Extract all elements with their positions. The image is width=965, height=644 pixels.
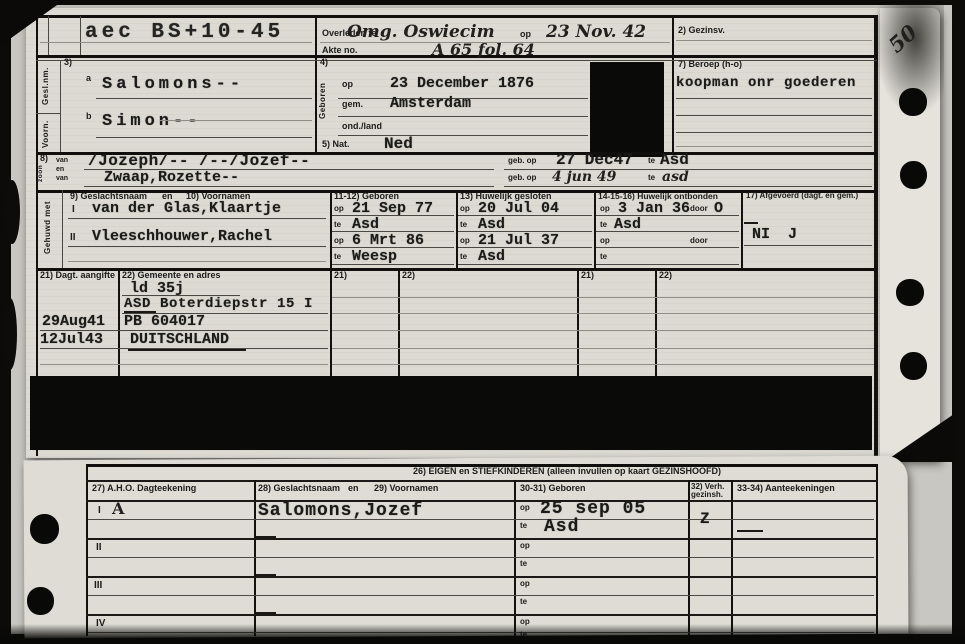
pen-dash xyxy=(256,536,276,538)
punch-hole xyxy=(900,161,927,189)
parents-van2-label: van xyxy=(56,175,68,183)
op-label: op xyxy=(334,205,344,214)
reg-address-2: ASD Boterdiepstr 15 I xyxy=(124,297,313,311)
rule xyxy=(86,576,878,578)
te-label: te xyxy=(600,221,607,230)
rule xyxy=(62,190,63,268)
beroep-value: koopman onr goederen xyxy=(676,76,856,90)
rule xyxy=(86,464,88,636)
birth-ondland-label: ond./land xyxy=(342,122,382,132)
rule xyxy=(330,190,332,268)
marriage-row-numeral: II xyxy=(70,232,76,243)
rule xyxy=(676,40,872,41)
te-label: te xyxy=(520,631,527,640)
reg-address-4: DUITSCHLAND xyxy=(130,332,229,347)
divorce1-date: 3 Jan 36 xyxy=(618,201,690,216)
father-gebop-label: geb. op xyxy=(508,157,536,166)
child-row-numeral: II xyxy=(96,542,102,553)
children-header-aant: 33-34) Aanteekeningen xyxy=(737,484,835,494)
rule xyxy=(86,614,878,616)
punch-hole xyxy=(27,587,54,615)
rule xyxy=(676,146,872,147)
marriage2-date: 21 Jul 37 xyxy=(478,233,559,248)
rule xyxy=(86,480,878,482)
children-header-geboren: 30-31) Geboren xyxy=(520,484,586,494)
pen-dash xyxy=(744,222,758,224)
rule xyxy=(48,16,49,56)
rule xyxy=(332,330,874,331)
underline-duitschland xyxy=(128,349,246,351)
rule xyxy=(338,116,588,117)
reg-date-4: 12Jul43 xyxy=(40,332,103,347)
reg-header-22b: 22) xyxy=(402,271,415,281)
rule xyxy=(676,132,872,133)
akte-value-handwritten: A 65 fol. 64 xyxy=(432,42,535,58)
rule xyxy=(84,186,494,187)
voorn-vertical-label: Voorn. xyxy=(41,117,50,151)
op-label: op xyxy=(600,237,610,246)
door-label: door xyxy=(690,205,708,214)
gehuwd-met-vertical-label: Gehuwd met xyxy=(43,194,52,260)
reg-address-3: PB 604017 xyxy=(124,314,205,329)
reg-header-dagt: 21) Dagt. aangifte xyxy=(40,271,115,281)
rule xyxy=(332,348,874,349)
rule xyxy=(577,268,579,376)
door-label: door xyxy=(690,237,708,246)
rule xyxy=(36,60,877,61)
father-birthplace-value: Asd xyxy=(660,152,689,168)
rule xyxy=(594,190,596,268)
rule xyxy=(88,595,874,596)
rule xyxy=(40,348,328,349)
divorce1-door: O xyxy=(714,201,723,216)
rule xyxy=(60,60,61,152)
te-label: te xyxy=(600,253,607,262)
child-birthplace-value: Asd xyxy=(544,518,579,536)
rule xyxy=(676,115,872,116)
surname-a-label: a xyxy=(86,74,91,84)
rule xyxy=(118,268,120,376)
rule xyxy=(655,268,657,376)
surname-value: Salomons-- xyxy=(102,76,244,93)
parents-en-label: en xyxy=(56,166,64,174)
op-label: op xyxy=(460,237,470,246)
birth-date-value: 23 December 1876 xyxy=(390,76,534,91)
marriage1-date: 20 Jul 04 xyxy=(478,201,559,216)
rule xyxy=(672,16,674,152)
punch-hole xyxy=(30,514,59,544)
punch-hole xyxy=(896,279,924,306)
reg-header-21b: 21) xyxy=(334,271,347,281)
firstname-value: Simon-- xyxy=(102,113,201,130)
archive-stamp: aec BS+10-45 xyxy=(85,22,284,43)
children-header-aho: 27) A.H.O. Dagteekening xyxy=(92,484,196,494)
te-label: te xyxy=(460,221,467,230)
rule xyxy=(332,264,454,265)
children-header-verh2: gezinsh. xyxy=(691,491,723,500)
te-label: te xyxy=(520,560,527,569)
rule xyxy=(88,557,874,558)
spouse2-birthdate: 6 Mrt 86 xyxy=(352,233,424,248)
te-label: te xyxy=(334,221,341,230)
rule xyxy=(315,16,317,152)
afgevoerd-value: NI J xyxy=(752,227,797,242)
rule xyxy=(676,98,872,99)
right-margin-strip xyxy=(880,8,940,460)
op-label: op xyxy=(520,504,530,513)
children-title: 26) EIGEN en STIEFKINDEREN (alleen invul… xyxy=(86,467,878,477)
gezinsv-label: 2) Gezinsv. xyxy=(678,26,725,36)
geslnm-vertical-label: Gesl.nm. xyxy=(41,62,50,110)
children-header-en: en xyxy=(348,484,359,494)
child-name-value: Salomons,Jozef xyxy=(258,502,423,520)
beroep-label: 7) Beroep (h-o) xyxy=(678,60,742,70)
spouse1-name-value: van der Glas,Klaartje xyxy=(92,201,281,216)
rule xyxy=(160,120,312,121)
rule xyxy=(68,246,326,247)
marriage1-place: Asd xyxy=(478,217,505,232)
op-label: op xyxy=(520,580,530,589)
rule xyxy=(338,135,588,136)
overleden-date-handwritten: 23 Nov. 42 xyxy=(546,24,646,41)
op-label: op xyxy=(460,205,470,214)
rule xyxy=(332,215,454,216)
rule xyxy=(876,464,878,636)
rule xyxy=(68,261,326,262)
op-label: op xyxy=(520,542,530,551)
rule xyxy=(332,313,874,314)
rule xyxy=(40,364,328,365)
rule xyxy=(86,500,878,502)
op-label: op xyxy=(520,618,530,627)
zoon-vertical-label: zoon xyxy=(37,160,44,186)
pen-dash xyxy=(256,574,276,576)
nat-label: 5) Nat. xyxy=(322,140,350,150)
overleden-op-label: op xyxy=(520,30,531,40)
children-header-29: 29) Voornamen xyxy=(374,484,438,494)
rule xyxy=(86,538,878,540)
rule xyxy=(68,218,326,219)
rule xyxy=(596,264,739,265)
rule xyxy=(514,480,516,636)
birth-op-label: op xyxy=(342,80,353,90)
spouse2-birthplace: Weesp xyxy=(352,249,397,264)
birth-gem-label: gem. xyxy=(342,100,363,110)
rule xyxy=(96,98,312,99)
birth-gemeente-value: Amsterdam xyxy=(390,96,471,111)
marriage-row-numeral: I xyxy=(72,204,75,215)
rule xyxy=(744,245,872,246)
nationality-value: Ned xyxy=(384,136,413,152)
rule xyxy=(332,364,874,365)
father-name-value: /Jozeph/-- /--/Jozef-- xyxy=(88,153,310,169)
geboren-vertical-label: Geboren xyxy=(318,70,327,132)
card-top-border xyxy=(36,15,877,18)
child-birthdate-value: 25 sep 05 xyxy=(540,500,646,518)
pen-dash xyxy=(256,612,276,614)
te-label: te xyxy=(520,522,527,531)
mother-birthplace-handwritten: asd xyxy=(662,170,689,184)
rule xyxy=(456,190,458,268)
child-row-numeral: I xyxy=(98,505,101,516)
reg-date-3: 29Aug41 xyxy=(42,314,105,329)
rule xyxy=(731,480,733,636)
rule xyxy=(88,632,874,633)
marriage2-place: Asd xyxy=(478,249,505,264)
op-label: op xyxy=(334,237,344,246)
rule xyxy=(80,16,81,56)
reg-address-1: ld 35j xyxy=(130,281,184,296)
children-header-28: 28) Geslachtsnaam xyxy=(258,484,340,494)
mother-name-value: Zwaap,Rozette-- xyxy=(104,170,239,185)
punch-hole xyxy=(899,88,927,116)
rule xyxy=(596,231,739,232)
child-row-numeral: III xyxy=(94,580,102,591)
punch-hole xyxy=(900,352,927,380)
father-te-label: te xyxy=(648,157,655,166)
pen-dash xyxy=(737,530,763,532)
father-birthdate-value: 27 Dec47 xyxy=(556,152,633,168)
rule xyxy=(741,190,743,268)
mother-gebop-label: geb. op xyxy=(508,174,536,183)
afgevoerd-col-header: 17) Afgevoerd (dagt. en gem.) xyxy=(746,192,858,201)
child-verh-value: Z xyxy=(700,511,710,527)
firstname-b-label: b xyxy=(86,112,92,122)
mother-te-label: te xyxy=(648,174,655,183)
overleden-place-handwritten: Omg. Oswiecim xyxy=(347,24,495,41)
child-aho-handwritten: A xyxy=(112,501,124,517)
rule xyxy=(398,268,400,376)
rule xyxy=(504,186,872,187)
te-label: te xyxy=(520,598,527,607)
spouse1-birthplace: Asd xyxy=(352,217,379,232)
rule xyxy=(36,113,60,114)
child-row-numeral: IV xyxy=(96,618,105,629)
te-label: te xyxy=(460,253,467,262)
redaction-bar xyxy=(30,376,872,450)
divorce1-place: Asd xyxy=(614,217,641,232)
card-right-border xyxy=(874,15,878,458)
rule xyxy=(88,519,874,520)
rule xyxy=(688,480,690,636)
rule xyxy=(596,247,739,248)
reg-header-21c: 21) xyxy=(581,271,594,281)
rule xyxy=(332,297,874,298)
spouse2-name-value: Vleeschhouwer,Rachel xyxy=(92,229,272,244)
mother-birthdate-handwritten: 4 jun 49 xyxy=(552,170,616,184)
birth-num-label: 4) xyxy=(320,58,328,68)
rule xyxy=(458,264,592,265)
te-label: te xyxy=(334,253,341,262)
redaction-box xyxy=(590,62,664,157)
parents-van-label: van xyxy=(56,157,68,165)
reg-header-22c: 22) xyxy=(659,271,672,281)
spouse1-birthdate: 21 Sep 77 xyxy=(352,201,433,216)
rule xyxy=(330,268,332,376)
person-num-label: 3) xyxy=(64,58,72,68)
scanned-registration-card-page: aec BS+10-45 Overleden te Omg. Oswiecim … xyxy=(0,0,965,644)
rule xyxy=(96,137,312,138)
akte-label: Akte no. xyxy=(322,46,358,56)
op-label: op xyxy=(600,205,610,214)
